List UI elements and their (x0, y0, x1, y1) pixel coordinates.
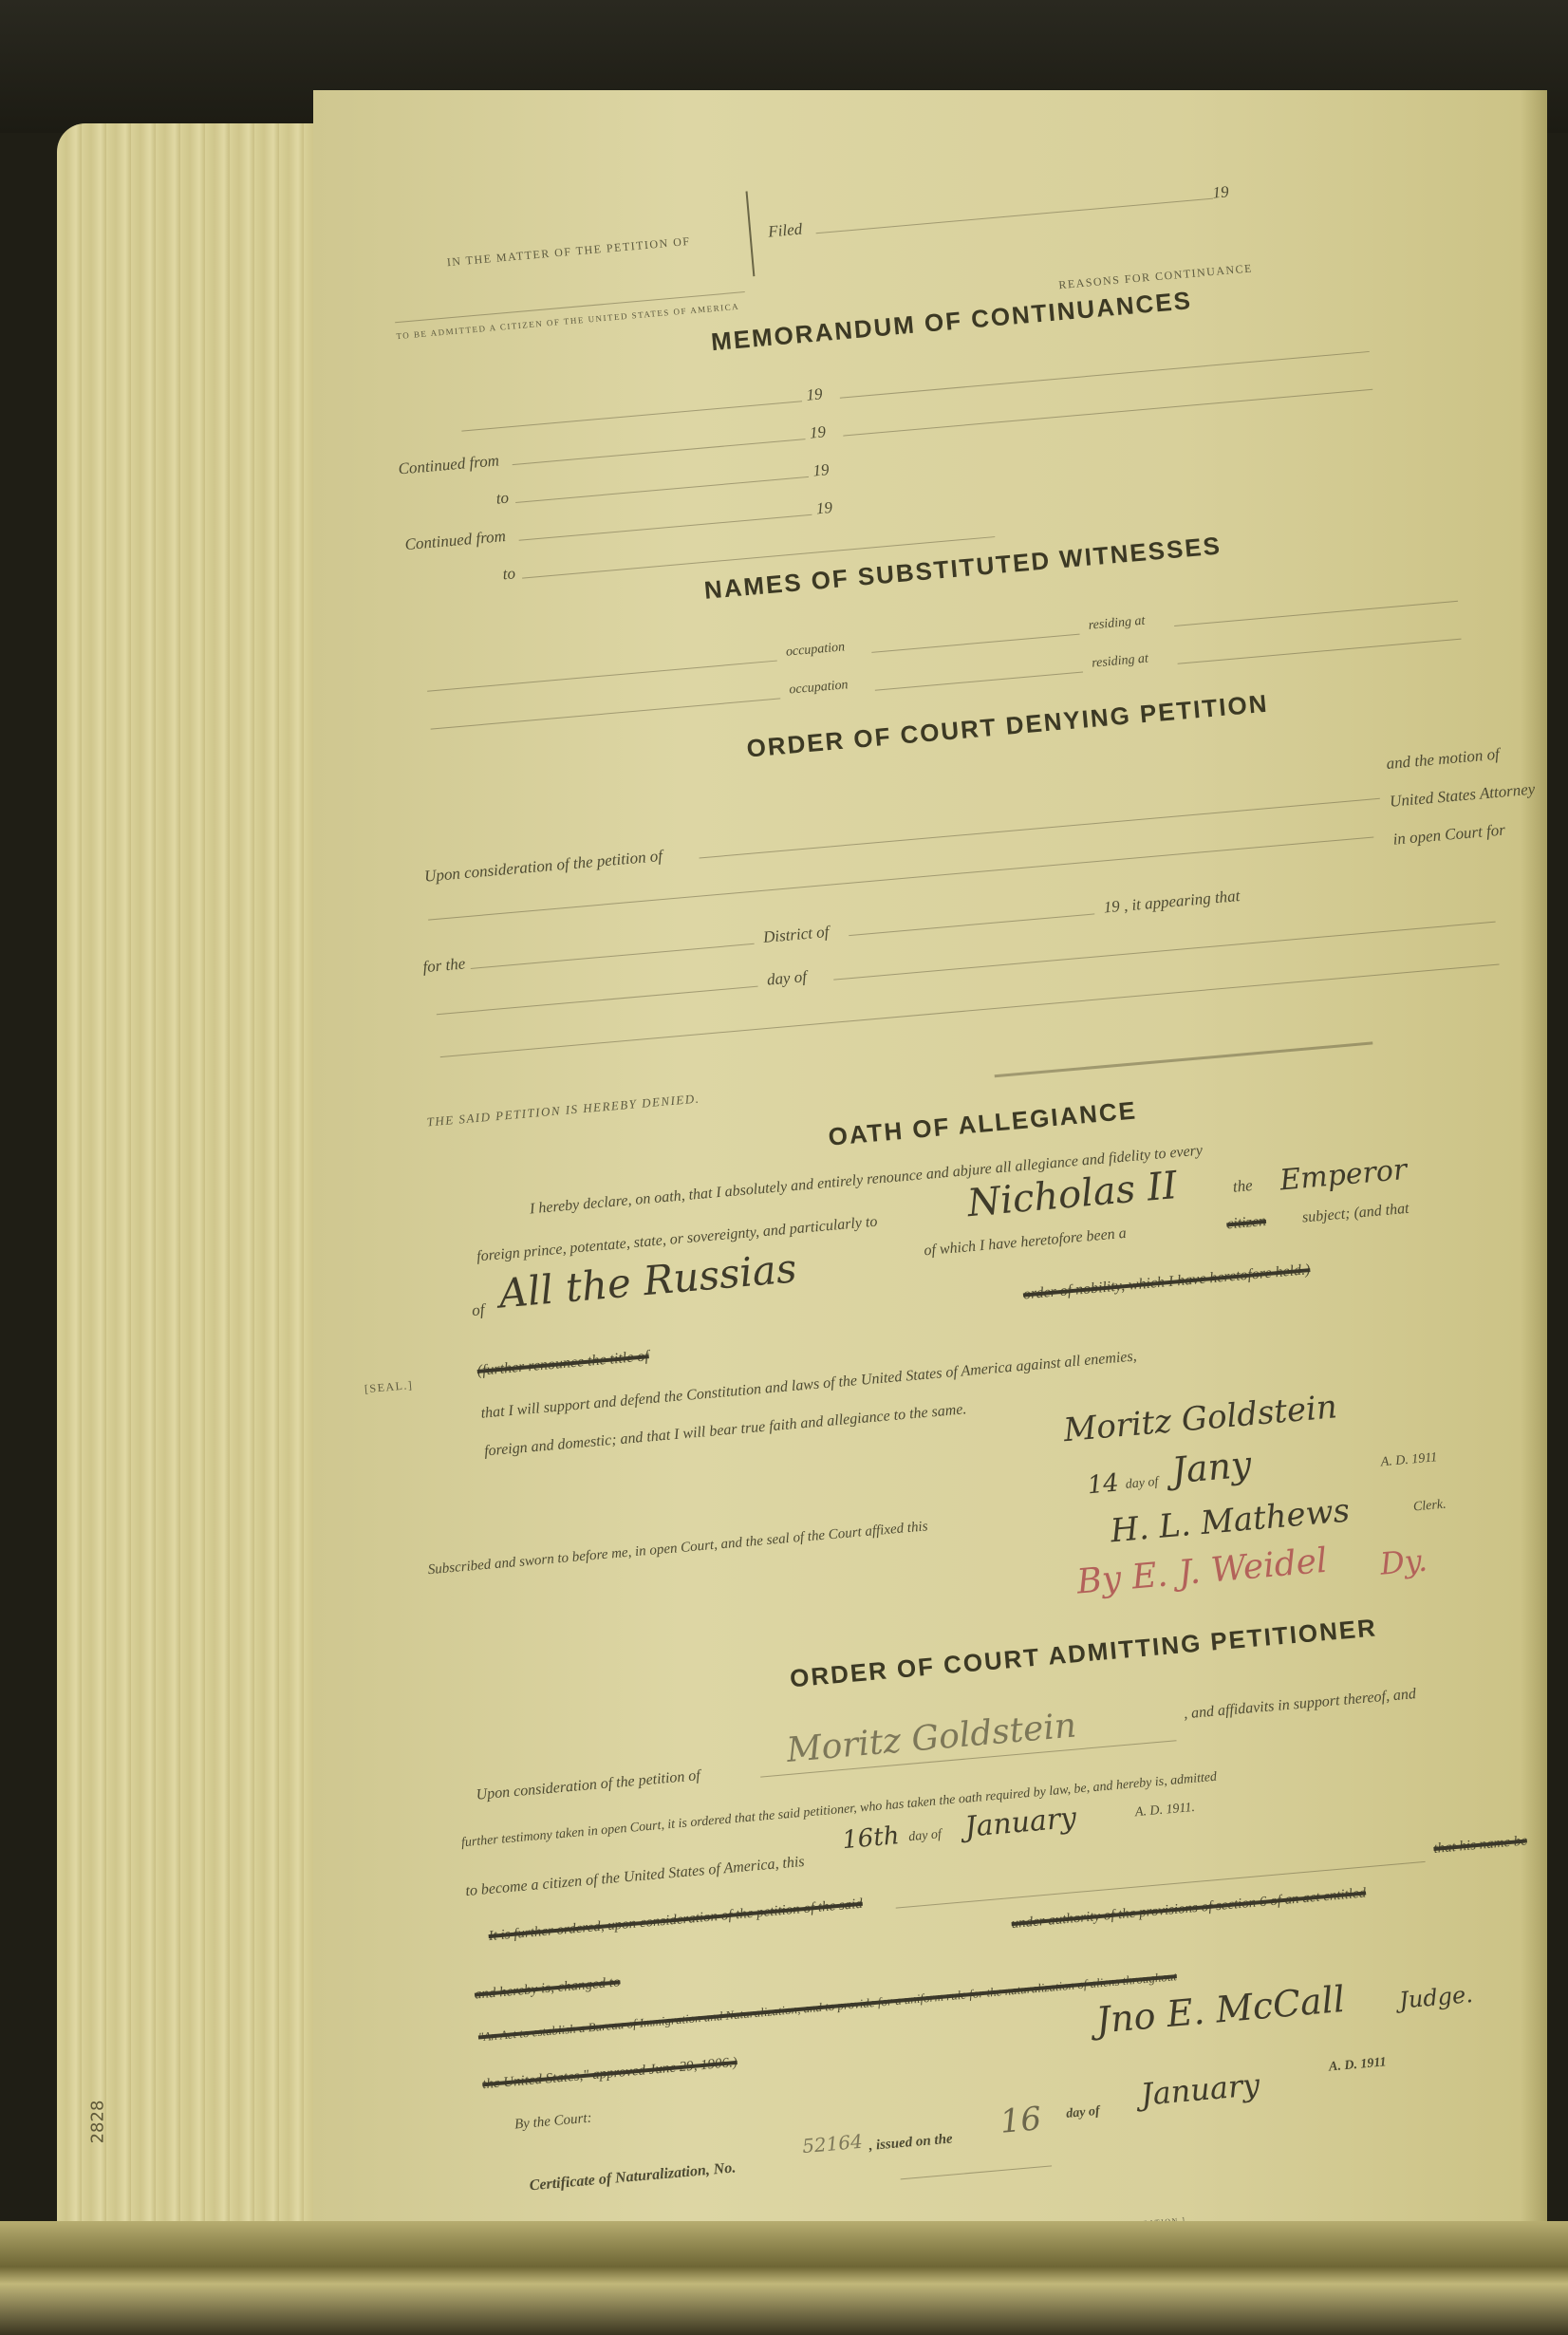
struck-approved: the United States," approved June 29, 19… (482, 2055, 738, 2093)
struck-nobility: order of nobility, which I have heretofo… (1022, 1261, 1311, 1303)
witness-name-line (431, 698, 781, 729)
witness-row: occupation residing at (385, 116, 1502, 214)
oath-line2-post: the (1232, 1176, 1253, 1197)
admitting-month-handwritten: January (963, 1802, 1077, 1844)
oath-day-handwritten: 14 (1086, 1469, 1120, 1501)
denying-line1-right: and the motion of (1386, 745, 1501, 774)
residing-label: residing at (1092, 651, 1149, 671)
denying-petitioner-line (700, 798, 1380, 859)
continuance-label: Continued from (404, 527, 507, 554)
occupation-label: occupation (789, 678, 849, 698)
issued-year-label: A. D. 1911 (1328, 2055, 1387, 2075)
petitioner-signature: Moritz Goldstein (1062, 1388, 1338, 1449)
witness-name-line (427, 661, 777, 692)
denying-line2-right: United States Attorney (1389, 780, 1536, 812)
subscribed-text: Subscribed and sworn to before me, in op… (427, 1519, 928, 1578)
continuance-line (461, 401, 802, 431)
continuance-label: to (502, 564, 516, 584)
ledger-page: IN THE MATTER OF THE PETITION OF Filed 1… (313, 90, 1547, 2273)
reason-line (840, 351, 1370, 399)
district-line-b (849, 913, 1094, 936)
admitting-title: ORDER OF COURT ADMITTING PETITIONER (789, 1613, 1378, 1693)
deputy-label: Dy. (1378, 1542, 1428, 1582)
continuance-label: Continued from (398, 451, 500, 478)
continuance-label: to (495, 489, 510, 509)
witness-row: occupation residing at (385, 116, 1502, 214)
by-court-label: By the Court: (513, 2110, 592, 2133)
oath-day-label: day of (1125, 1475, 1159, 1493)
book-bottom-fold (0, 2221, 1568, 2335)
occupation-label: occupation (785, 640, 845, 660)
filed-line (816, 198, 1213, 234)
denying-line5-mid: day of (766, 967, 808, 990)
name-change-label: that his name be (1433, 1833, 1528, 1858)
margin-pencil-note: 2828 (87, 2101, 107, 2144)
form-content: IN THE MATTER OF THE PETITION OF Filed 1… (385, 116, 1568, 2275)
continuance-line (515, 476, 809, 503)
issued-day-label: day of (1066, 2104, 1101, 2122)
title-handwritten: Emperor (1279, 1153, 1409, 1198)
denying-signature-line (995, 1041, 1373, 1077)
occupation-line (875, 672, 1083, 691)
residing-line (1178, 639, 1462, 664)
oath-title: OATH OF ALLEGIANCE (827, 1095, 1138, 1151)
admitting-line3-pre: to become a citizen of the United States… (465, 1854, 806, 1900)
oath-year-label: A. D. 1911 (1380, 1450, 1438, 1470)
denying-line1: Upon consideration of the petition of (423, 847, 663, 887)
continuance-year: 19 (812, 460, 831, 480)
struck-changed-to: and hereby is, changed to (474, 1974, 621, 2003)
judge-label: Judge. (1398, 1981, 1474, 2014)
admitting-day-handwritten: 16th (841, 1821, 901, 1855)
denying-line (428, 836, 1373, 920)
struck-further-ordered: It is further ordered, upon consideratio… (488, 1896, 864, 1945)
subject-label: subject; (and that (1301, 1201, 1409, 1227)
district-line-a (471, 943, 755, 969)
denying-closing: THE SAID PETITION IS HEREBY DENIED. (426, 1091, 700, 1130)
seal-label: [SEAL.] (364, 1378, 414, 1396)
continuance-year: 19 (815, 498, 833, 518)
continuance-row: Continued from 19 (385, 116, 1502, 214)
admitting-year-label: A. D. 1911. (1134, 1801, 1195, 1821)
clerk-label: Clerk. (1412, 1498, 1447, 1516)
continuance-row: Continued from 19 (385, 116, 1502, 214)
denying-line4-mid: District of (762, 923, 830, 947)
issued-day-handwritten: 16 (999, 2100, 1043, 2141)
denying-line4-right: 19 , it appearing that (1103, 887, 1241, 917)
continuances-title: MEMORANDUM OF CONTINUANCES (710, 286, 1193, 357)
deputy-clerk-signature: By E. J. Weidel (1075, 1541, 1329, 1602)
continuance-row: 19 (385, 116, 1502, 214)
residing-label: residing at (1088, 614, 1146, 634)
oath-line3-pre: of (471, 1300, 485, 1320)
issued-label: , issued on the (868, 2131, 954, 2155)
denying-line3-right: in open Court for (1392, 820, 1506, 849)
book-page-edges (57, 123, 323, 2335)
issued-month-handwritten: January (1139, 2066, 1260, 2113)
admitting-line1-post: , and affidavits in support thereof, and (1183, 1686, 1416, 1723)
struck-citizen: citizen (1226, 1213, 1267, 1234)
certificate-number-handwritten: 52164 (801, 2130, 863, 2158)
continuance-year: 19 (806, 384, 824, 404)
admitting-day-label: day of (908, 1827, 943, 1845)
continuance-row: to 19 (385, 116, 1502, 214)
continuance-line (519, 514, 812, 541)
certificate-label: Certificate of Naturalization, No. (529, 2159, 737, 2195)
denying-blank-line (440, 963, 1500, 1057)
filed-year: 19 (1212, 182, 1230, 202)
residing-line (1174, 601, 1458, 626)
matter-label: IN THE MATTER OF THE PETITION OF (446, 234, 691, 270)
filed-label: Filed (768, 220, 803, 242)
continuance-line (513, 439, 806, 465)
oath-month-handwritten: Jany (1170, 1443, 1253, 1491)
admitting-line1-pre: Upon consideration of the petition of (476, 1767, 701, 1804)
reason-line (843, 389, 1372, 437)
denying-title: ORDER OF COURT DENYING PETITION (745, 689, 1269, 764)
witnesses-title: NAMES OF SUBSTITUTED WITNESSES (703, 531, 1223, 606)
denying-line4-left: for the (422, 954, 466, 977)
continuance-year: 19 (809, 422, 827, 442)
continuance-row: to (385, 116, 1502, 214)
day-line-b (833, 922, 1495, 981)
header-divider (746, 191, 756, 276)
struck-title: (further renounce the title of (476, 1348, 649, 1380)
occupation-line (871, 634, 1079, 653)
day-line-a (437, 986, 758, 1016)
oath-line3-post: of which I have heretofore been a (924, 1225, 1128, 1261)
certificate-rule (901, 2165, 1052, 2179)
